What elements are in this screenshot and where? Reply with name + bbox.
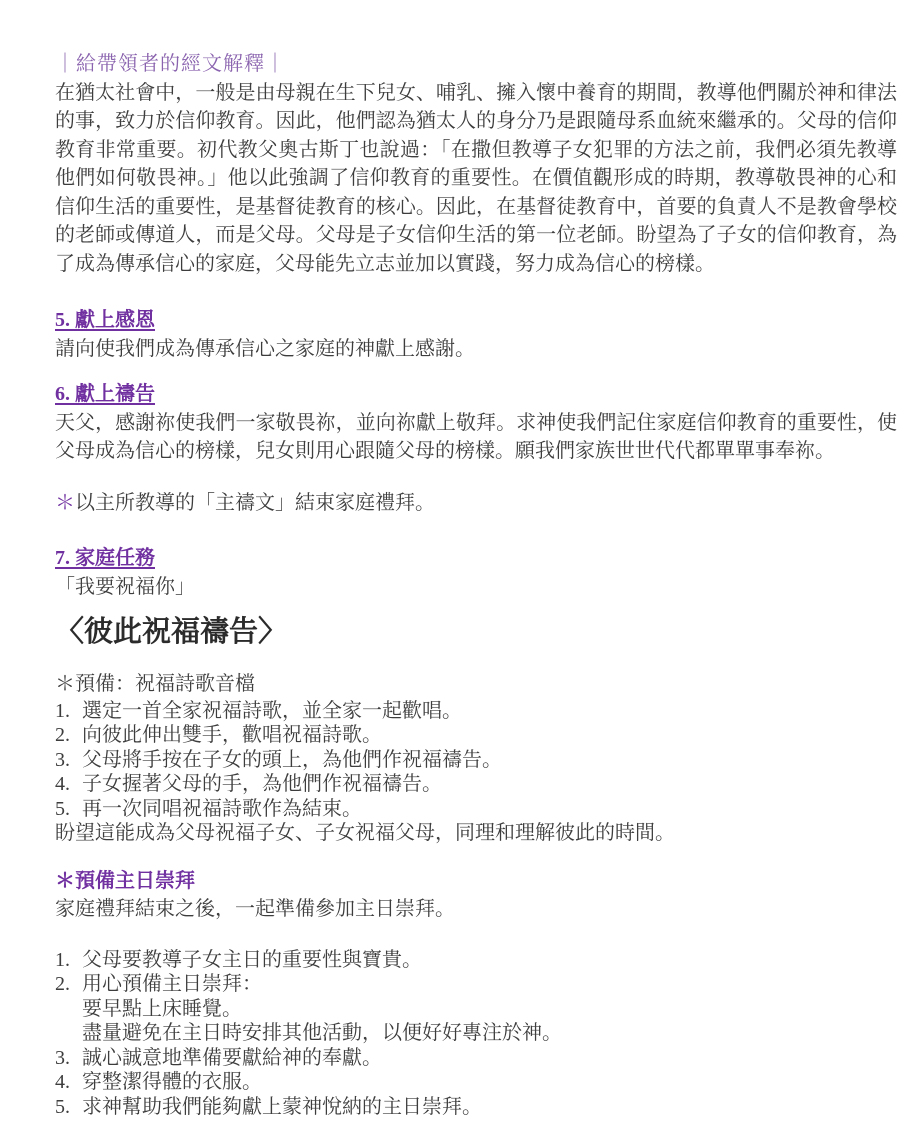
sunday-step: 4.穿整潔得體的衣服。 (55, 1070, 897, 1095)
blessing-step: 1.選定一首全家祝福詩歌，並全家一起歡唱。 (55, 699, 897, 724)
sunday-worship-heading: ＊預備主日崇拜 (55, 867, 897, 896)
step-number: 1. (55, 699, 70, 724)
blessing-title: 〈彼此祝福禱告〉 (55, 612, 897, 652)
sunday-step: 5.求神幫助我們能夠獻上蒙神悅納的主日崇拜。 (55, 1095, 897, 1120)
blessing-prep-line: ＊預備：祝福詩歌音檔 (55, 670, 897, 699)
lords-prayer-note: ＊以主所教導的「主禱文」結束家庭禮拜。 (55, 489, 897, 518)
step-text: 再一次同唱祝福詩歌作為結束。 (82, 798, 362, 820)
blessing-step: 2.向彼此伸出雙手，歡唱祝福詩歌。 (55, 723, 897, 748)
step-text: 向彼此伸出雙手，歡唱祝福詩歌。 (82, 724, 382, 746)
step-text: 父母要教導子女主日的重要性與寶貴。 (82, 949, 422, 971)
sunday-worship-intro: 家庭禮拜結束之後，一起準備參加主日崇拜。 (55, 895, 897, 924)
document-page: ｜給帶領者的經文解釋｜ 在猶太社會中，一般是由母親在生下兒女、哺乳、擁入懷中養育… (0, 0, 920, 1130)
blessing-step: 4.子女握著父母的手，為他們作祝福禱告。 (55, 772, 897, 797)
section-5-body: 請向使我們成為傳承信心之家庭的神獻上感謝。 (55, 335, 897, 364)
sunday-step-subitem: 要早點上床睡覺。 (55, 997, 897, 1022)
asterisk-marker: ＊ (55, 673, 75, 695)
step-text: 選定一首全家祝福詩歌，並全家一起歡唱。 (82, 700, 462, 722)
step-number: 1. (55, 948, 70, 973)
step-text: 用心預備主日崇拜： (82, 973, 262, 995)
step-text: 父母將手按在子女的頭上，為他們作祝福禱告。 (82, 749, 502, 771)
sunday-worship-heading-text: 預備主日崇拜 (75, 870, 195, 892)
asterisk-marker: ＊ (55, 870, 75, 892)
step-text: 子女握著父母的手，為他們作祝福禱告。 (82, 773, 442, 795)
step-number: 5. (55, 797, 70, 822)
sunday-step: 1.父母要教導子女主日的重要性與寶貴。 (55, 948, 897, 973)
section-5-heading: 5. 獻上感恩 (55, 306, 897, 335)
sunday-step: 3.誠心誠意地準備要獻給神的奉獻。 (55, 1046, 897, 1071)
step-text: 誠心誠意地準備要獻給神的奉獻。 (82, 1047, 382, 1069)
step-number: 4. (55, 1070, 70, 1095)
step-number: 2. (55, 972, 70, 997)
leader-note-paragraph: 在猶太社會中，一般是由母親在生下兒女、哺乳、擁入懷中養育的期間，教導他們關於神和… (55, 79, 897, 279)
step-number: 4. (55, 772, 70, 797)
step-text: 穿整潔得體的衣服。 (82, 1071, 262, 1093)
sunday-step-subitem: 盡量避免在主日時安排其他活動，以便好好專注於神。 (55, 1021, 897, 1046)
blessing-note: 盼望這能成為父母祝福子女、子女祝福父母，同理和理解彼此的時間。 (55, 821, 897, 846)
step-number: 2. (55, 723, 70, 748)
section-6-heading: 6. 獻上禱告 (55, 380, 897, 409)
blessing-steps-list: 1.選定一首全家祝福詩歌，並全家一起歡唱。 2.向彼此伸出雙手，歡唱祝福詩歌。 … (55, 699, 897, 822)
asterisk-marker: ＊ (55, 492, 75, 514)
step-number: 5. (55, 1095, 70, 1120)
step-number: 3. (55, 748, 70, 773)
section-7-body: 「我要祝福你」 (55, 573, 897, 602)
section-6-body: 天父，感謝祢使我們一家敬畏祢，並向祢獻上敬拜。求神使我們記住家庭信仰教育的重要性… (55, 409, 897, 466)
section-7-heading: 7. 家庭任務 (55, 544, 897, 573)
lords-prayer-note-text: 以主所教導的「主禱文」結束家庭禮拜。 (75, 492, 435, 514)
step-text: 求神幫助我們能夠獻上蒙神悅納的主日崇拜。 (82, 1096, 482, 1118)
sunday-step: 2.用心預備主日崇拜： (55, 972, 897, 997)
leader-note-header: ｜給帶領者的經文解釋｜ (55, 50, 897, 79)
blessing-step: 3.父母將手按在子女的頭上，為他們作祝福禱告。 (55, 748, 897, 773)
blessing-prep-text: 預備：祝福詩歌音檔 (75, 673, 255, 695)
blessing-step: 5.再一次同唱祝福詩歌作為結束。 (55, 797, 897, 822)
step-number: 3. (55, 1046, 70, 1071)
sunday-steps-list: 1.父母要教導子女主日的重要性與寶貴。 2.用心預備主日崇拜： 要早點上床睡覺。… (55, 948, 897, 1120)
document-content: ｜給帶領者的經文解釋｜ 在猶太社會中，一般是由母親在生下兒女、哺乳、擁入懷中養育… (0, 0, 917, 1119)
